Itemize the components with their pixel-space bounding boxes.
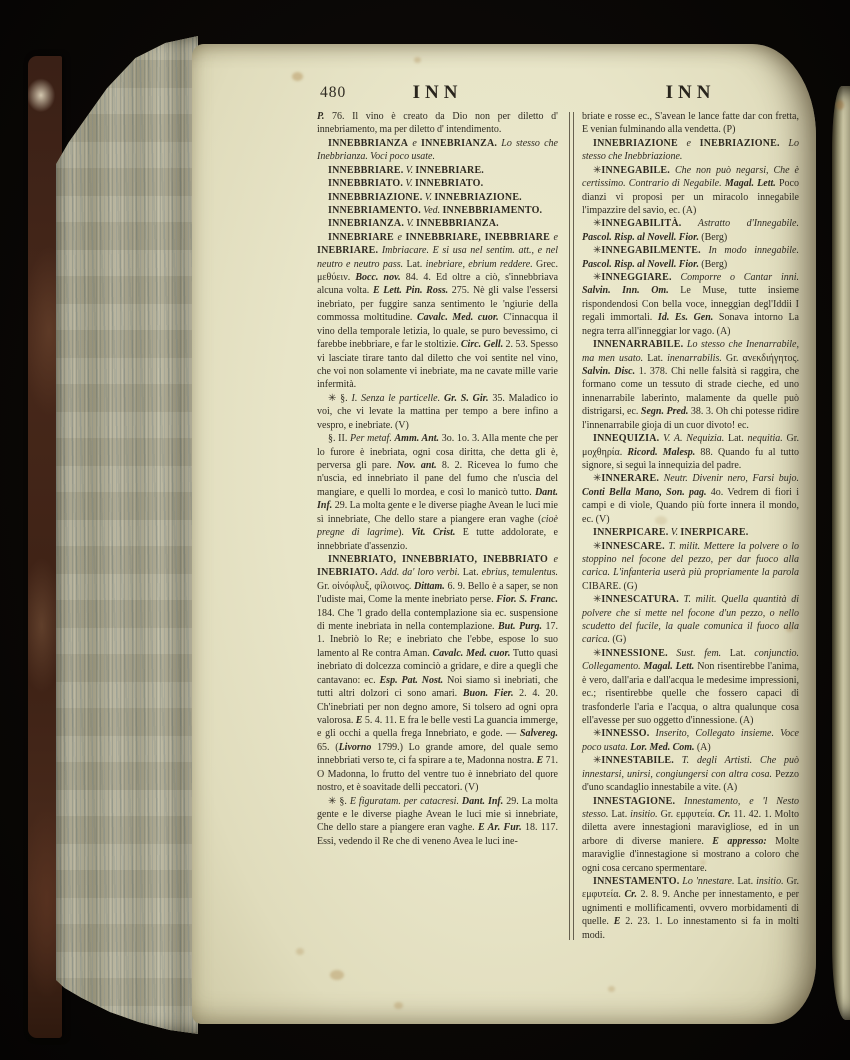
- foxing-spot: [836, 100, 844, 110]
- entry-paragraph: briate e rosse ec., S'avean le lance fat…: [582, 110, 799, 137]
- foxing-spot: [655, 516, 667, 525]
- entry-paragraph: INNEQUIZIA. V. A. Nequizia. Lat. nequiti…: [582, 432, 799, 472]
- entry-paragraph: ✳ §. E figuratam. per catacresi. Dant. I…: [317, 795, 558, 849]
- entry-paragraph: ✳INNEGABILMENTE. In modo innegabile. Pas…: [582, 244, 799, 271]
- entry-paragraph: ✳INNEGABILE. Che non può negarsi, Che è …: [582, 164, 799, 218]
- running-head-right: INN: [582, 82, 799, 104]
- entry-paragraph: ✳INNEGGIARE. Comporre o Cantar inni. Sal…: [582, 271, 799, 338]
- entry-paragraph: INNEBRIARE e INNEBBRIARE, INEBBRIARE e I…: [317, 231, 558, 392]
- entry-paragraph: ✳INNESCATURA. T. milit. Quella quantità …: [582, 593, 799, 647]
- entry-paragraph: INNEBBRIAZIONE. V. INNEBRIAZIONE.: [317, 191, 558, 204]
- entry-paragraph: INNESTAGIONE. Innestamento, e 'l Nesto s…: [582, 795, 799, 876]
- foxing-spot: [608, 986, 615, 992]
- entry-paragraph: INNERPICARE. V. INERPICARE.: [582, 526, 799, 539]
- foxing-spot: [394, 1002, 403, 1009]
- foxing-spot: [414, 57, 421, 63]
- facing-page-edge: [832, 86, 850, 1020]
- book-page: 480 INN INN P. 76. Il vino è creato da D…: [192, 44, 816, 1024]
- foxing-spot: [786, 626, 793, 632]
- foxing-spot: [296, 948, 304, 955]
- left-text-column: P. 76. Il vino è creato da Dio non per d…: [317, 110, 558, 848]
- entry-paragraph: ✳INNERARE. Neutr. Divenir nero, Farsi bu…: [582, 472, 799, 526]
- entry-paragraph: INNESTAMENTO. Lo 'nnestare. Lat. insitio…: [582, 875, 799, 942]
- entry-paragraph: ✳INNESSIONE. Sust. fem. Lat. conjunctio.…: [582, 647, 799, 728]
- entry-paragraph: ✳ §. I. Senza le particelle. Gr. S. Gir.…: [317, 392, 558, 432]
- entry-paragraph: INNEBBRIARE. V. INNEBRIARE.: [317, 164, 558, 177]
- foxing-spot: [292, 72, 303, 81]
- entry-paragraph: ✳INNESSO. Inserito, Collegato insieme. V…: [582, 727, 799, 754]
- foxing-spot: [700, 860, 706, 865]
- entry-paragraph: ✳INNESCARE. T. milit. Mettere la polvere…: [582, 540, 799, 594]
- column-divider-rule: [569, 112, 574, 940]
- page-fore-edges: [56, 34, 198, 1036]
- entry-paragraph: §. II. Per metaf. Amm. Ant. 3o. 1o. 3. A…: [317, 432, 558, 553]
- entry-paragraph: P. 76. Il vino è creato da Dio non per d…: [317, 110, 558, 137]
- entry-paragraph: ✳INNEGABILITÀ. Astratto d'Innegabile. Pa…: [582, 217, 799, 244]
- entry-paragraph: INNEBRIANZA. V. INNEBBRIANZA.: [317, 217, 558, 230]
- entry-paragraph: INNEBRIAZIONE e INEBRIAZIONE. Lo stesso …: [582, 137, 799, 164]
- entry-paragraph: INNEBRIATO, INNEBBRIATO, INEBBRIATO e IN…: [317, 553, 558, 795]
- entry-paragraph: INNEBBRIANZA e INNEBRIANZA. Lo stesso ch…: [317, 137, 558, 164]
- entry-paragraph: INNEBBRIATO. V. INNEBRIATO.: [317, 177, 558, 190]
- foxing-spot: [330, 970, 344, 980]
- running-head-left: INN: [317, 82, 558, 104]
- book-photograph: 480 INN INN P. 76. Il vino è creato da D…: [0, 0, 850, 1060]
- entry-paragraph: INNENARRABILE. Lo stesso che Inenarrabil…: [582, 338, 799, 432]
- entry-paragraph: ✳INNESTABILE. T. degli Artisti. Che può …: [582, 754, 799, 794]
- entry-paragraph: INNEBRIAMENTO. Ved. INNEBBRIAMENTO.: [317, 204, 558, 217]
- right-text-column: briate e rosse ec., S'avean le lance fat…: [582, 110, 799, 942]
